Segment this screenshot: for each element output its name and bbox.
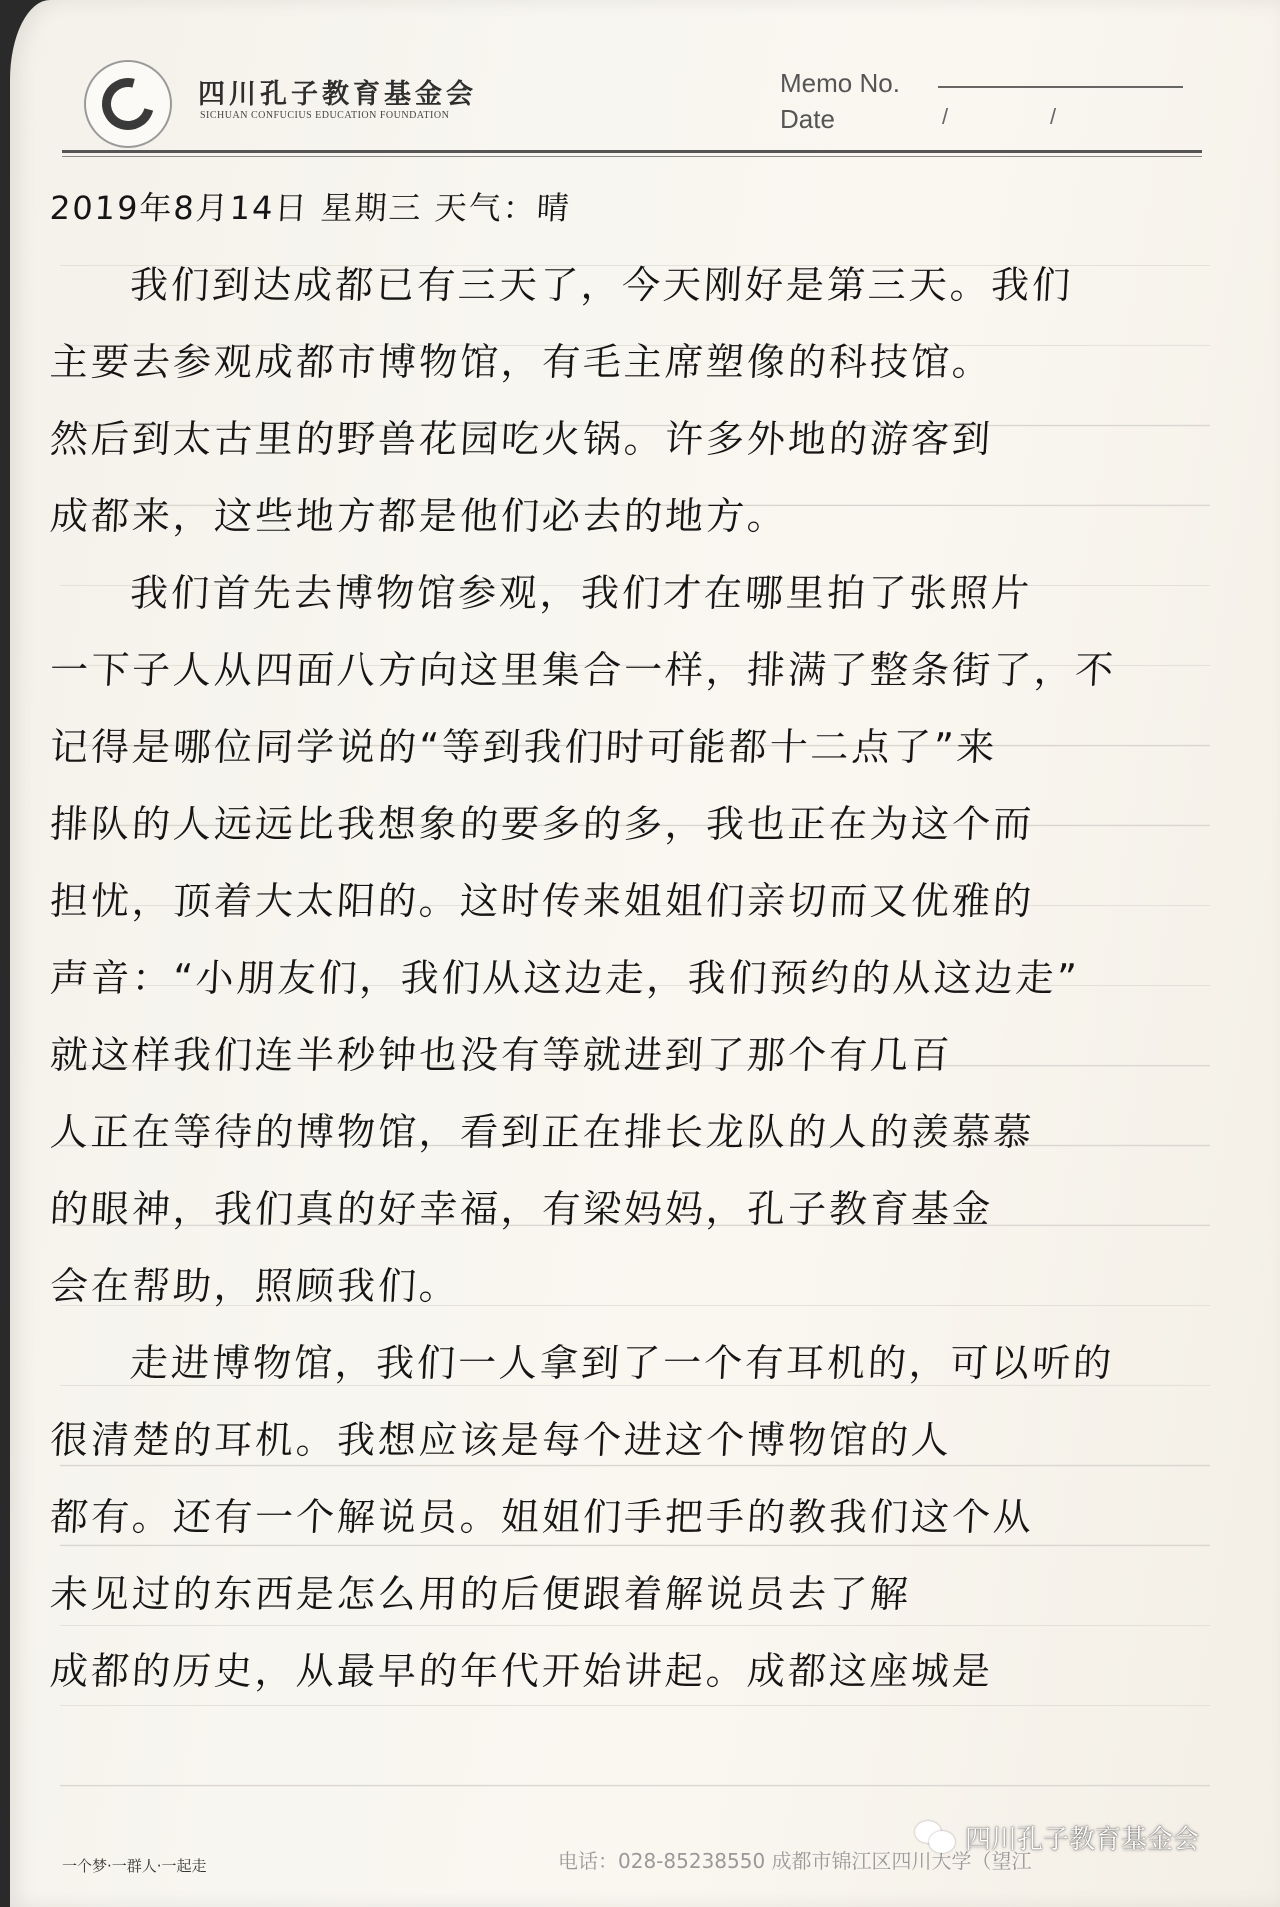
letterhead: 四川孔子教育基金会 SICHUAN CONFUCIUS EDUCATION FO… <box>10 0 1280 160</box>
entry-line: 未见过的东西是怎么用的后便跟着解说员去了解 <box>48 1564 1231 1624</box>
entry-line: 都有。还有一个解说员。姐姐们手把手的教我们这个从 <box>48 1487 1231 1547</box>
date-separator-2: / <box>1050 104 1056 130</box>
date-separator-1: / <box>942 104 948 130</box>
entry-line: 成都的历史，从最早的年代开始讲起。成都这座城是 <box>48 1641 1231 1701</box>
entry-line: 声音：“小朋友们，我们从这边走，我们预约的从这边走” <box>48 948 1231 1008</box>
logo-swirl-icon <box>92 68 163 139</box>
entry-date-line: 2019年8月14日 星期三 天气：晴 <box>48 178 1231 238</box>
letterhead-footer: 一个梦·一群人·一起走 电话：028-85238550 成都市锦江区四川大学（望… <box>10 1845 1280 1907</box>
entry-line: 我们到达成都已有三天了，今天刚好是第三天。我们 <box>48 255 1231 315</box>
entry-line: 会在帮助，照顾我们。 <box>48 1256 1231 1316</box>
header-divider <box>62 150 1202 157</box>
entry-line: 人正在等待的博物馆，看到正在排长龙队的人的羡慕慕 <box>48 1102 1231 1162</box>
entry-line: 然后到太古里的野兽花园吃火锅。许多外地的游客到 <box>48 409 1231 469</box>
watermark-account-name: 四川孔子教育基金会 <box>965 1819 1199 1856</box>
entry-line: 我们首先去博物馆参观，我们才在哪里拍了张照片 <box>48 563 1231 623</box>
entry-line: 担忧，顶着大太阳的。这时传来姐姐们亲切而又优雅的 <box>48 871 1231 931</box>
entry-line: 一下子人从四面八方向这里集合一样，排满了整条街了，不 <box>48 640 1231 700</box>
org-name-english: SICHUAN CONFUCIUS EDUCATION FOUNDATION <box>200 110 449 121</box>
memo-no-blank <box>938 86 1183 88</box>
entry-line: 成都来，这些地方都是他们必去的地方。 <box>48 486 1231 546</box>
org-name-chinese: 四川孔子教育基金会 <box>198 72 477 111</box>
memo-page: 四川孔子教育基金会 SICHUAN CONFUCIUS EDUCATION FO… <box>10 0 1280 1907</box>
wechat-watermark: 四川孔子教育基金会 <box>915 1819 1199 1856</box>
handwritten-diary-entry: 2019年8月14日 星期三 天气：晴 我们到达成都已有三天了，今天刚好是第三天… <box>50 178 1230 1718</box>
foundation-logo-icon <box>84 60 172 148</box>
entry-line: 就这样我们连半秒钟也没有等就进到了那个有几百 <box>48 1025 1231 1085</box>
entry-line: 排队的人远远比我想象的要多的多，我也正在为这个而 <box>48 794 1231 854</box>
wechat-icon <box>915 1821 957 1855</box>
entry-line: 的眼神，我们真的好幸福，有梁妈妈，孔子教育基金 <box>48 1179 1231 1239</box>
entry-line: 很清楚的耳机。我想应该是每个进这个博物馆的人 <box>48 1410 1231 1470</box>
date-label: Date <box>780 104 835 135</box>
footer-motto: 一个梦·一群人·一起走 <box>62 1855 207 1876</box>
entry-line: 走进博物馆，我们一人拿到了一个有耳机的，可以听的 <box>48 1333 1231 1393</box>
entry-line: 主要去参观成都市博物馆，有毛主席塑像的科技馆。 <box>48 332 1231 392</box>
entry-line: 记得是哪位同学说的“等到我们时可能都十二点了”来 <box>48 717 1231 777</box>
memo-no-label: Memo No. <box>780 68 900 99</box>
